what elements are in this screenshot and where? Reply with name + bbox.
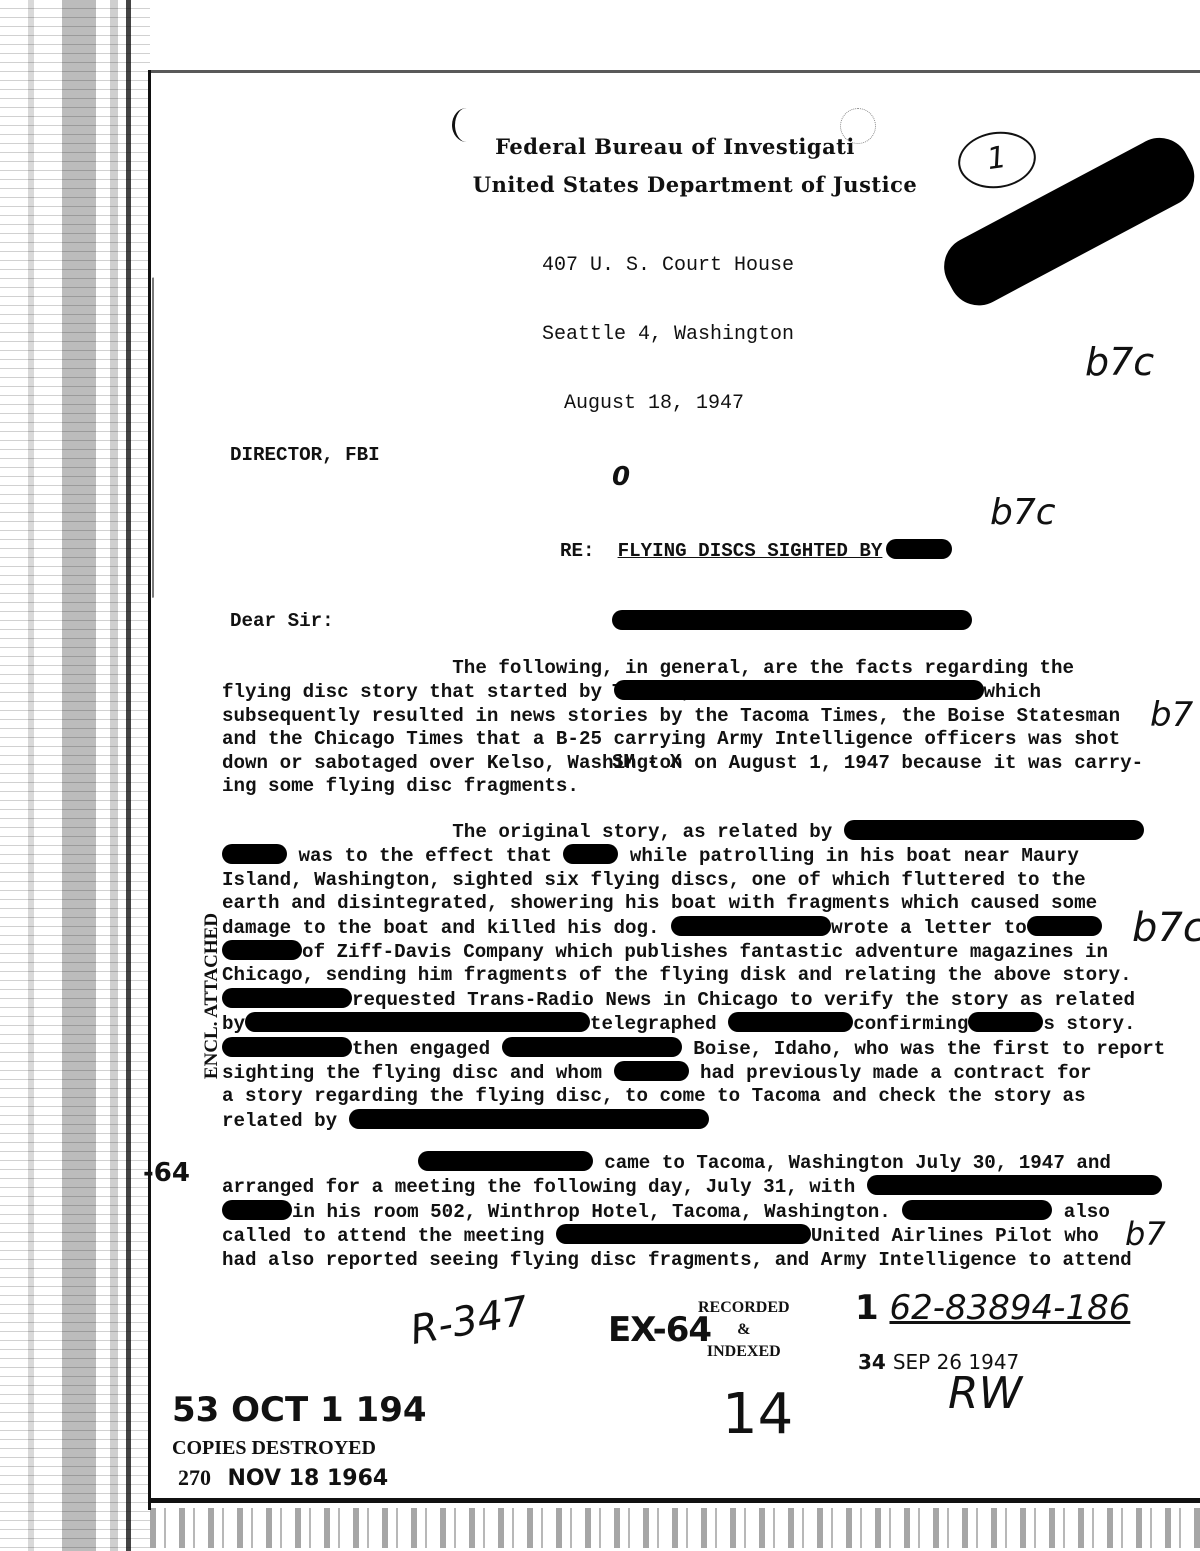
scan-edge-strip [0,0,150,1551]
redaction [222,1037,352,1057]
text-line: The following, in general, are the facts… [222,657,1143,680]
text-line: damage to the boat and killed his dog. w… [222,916,1165,940]
text-segment: earth and disintegrated, showering his b… [222,892,1097,914]
text-segment: ing some flying disc fragments. [222,775,579,797]
text-segment: in his room 502, Winthrop Hotel, Tacoma,… [292,1201,902,1223]
addressee: DIRECTOR, FBI [230,444,380,467]
text-segment: related by [222,1110,349,1132]
text-segment: wrote a letter to [831,917,1027,939]
text-segment: s story. [1043,1013,1135,1035]
text-line: The original story, as related by [222,820,1165,844]
exemption-b7c: b7 [1125,1215,1166,1253]
ex-stamp: EX-64 [608,1310,711,1350]
text-segment: had previously made a contract for [689,1062,1092,1084]
subject-line-1: FLYING DISCS SIGHTED BY [618,540,883,562]
redaction [502,1037,682,1057]
text-segment: had also reported seeing flying disc fra… [222,1249,1132,1271]
text-line: then engaged Boise, Idaho, who was the f… [222,1037,1165,1061]
text-segment: telegraphed [590,1013,728,1035]
redaction [222,988,352,1008]
text-segment: by [222,1013,245,1035]
redaction [886,539,952,559]
text-line: Chicago, sending him fragments of the fl… [222,964,1165,987]
text-line: and the Chicago Times that a B-25 carryi… [222,728,1143,751]
oct-stamp: 53 OCT 1 194 [172,1390,427,1430]
text-line: had also reported seeing flying disc fra… [222,1249,1162,1272]
exemption-b7c: b7c [990,492,1056,533]
text-segment: arranged for a meeting the following day… [222,1176,867,1198]
text-segment: came to Tacoma, Washington July 30, 1947… [593,1152,1111,1174]
redaction [612,610,972,630]
text-line: of Ziff-Davis Company which publishes fa… [222,940,1165,964]
handwritten-r347: R-347 [407,1288,532,1354]
text-segment: Chicago, sending him fragments of the fl… [222,964,1132,986]
redaction [222,844,287,864]
letterhead-bureau: Federal Bureau of Investigati [440,134,910,159]
redaction [867,1175,1162,1195]
paragraph-1: The following, in general, are the facts… [222,657,1143,798]
text-line: in his room 502, Winthrop Hotel, Tacoma,… [222,1200,1162,1224]
page-top-edge [150,70,1200,73]
redaction [563,844,618,864]
redaction [222,1200,292,1220]
recorded-stamp: RECORDED & INDEXED [698,1297,790,1363]
redaction [844,820,1144,840]
redaction [418,1151,593,1171]
text-line: ing some flying disc fragments. [222,775,1143,798]
text-segment: and the Chicago Times that a B-25 carryi… [222,728,1120,750]
text-segment: down or sabotaged over Kelso, Washington… [222,752,1143,774]
text-segment: damage to the boat and killed his dog. [222,917,671,939]
handwritten-initials: RW [948,1368,1022,1419]
scan-noise [150,1508,1200,1548]
exemption-b7c: b7c [1085,340,1154,384]
text-segment: of Ziff-Davis Company which publishes fa… [302,941,1108,963]
text-line: was to the effect that while patrolling … [222,844,1165,868]
text-line: sighting the flying disc and whom had pr… [222,1061,1165,1085]
handwritten-serial: 14 [722,1382,793,1447]
address-line: 407 U. S. Court House [542,254,794,277]
redaction [222,940,302,960]
salutation: Dear Sir: [230,610,334,633]
text-line: called to attend the meeting United Airl… [222,1224,1162,1248]
redaction [968,1012,1043,1032]
paragraph-2: The original story, as related by was to… [222,820,1165,1133]
text-segment: flying disc story that started by [222,681,614,703]
paragraph-3: came to Tacoma, Washington July 30, 1947… [222,1151,1162,1272]
file-number: 1 62-83894-186 [855,1288,1130,1328]
re-label: RE: [560,540,595,562]
ex-left-stamp: -64 [143,1158,190,1188]
redaction [556,1224,811,1244]
address-line: Seattle 4, Washington [542,323,794,346]
copies-destroyed-date: 270 NOV 18 1964 [178,1465,388,1491]
re-handwritten-mark: 0 [612,462,630,492]
text-segment: subsequently resulted in news stories by… [222,705,1120,727]
text-segment: sighting the flying disc and whom [222,1062,614,1084]
copies-destroyed-label: COPIES DESTROYED [172,1437,376,1460]
text-segment: The original story, as related by [222,821,844,843]
text-segment: while patrolling in his boat near Maury [618,845,1079,867]
text-segment: confirming [853,1013,968,1035]
text-line: arranged for a meeting the following day… [222,1175,1162,1199]
redaction [349,1109,709,1129]
exemption-b7c: b7 [1150,695,1193,735]
letter-date: August 18, 1947 [542,392,794,415]
text-line: bytelegraphed confirmings story. [222,1012,1165,1036]
text-segment: a story regarding the flying disc, to co… [222,1085,1086,1107]
text-segment: was to the effect that [287,845,563,867]
text-line: Island, Washington, sighted six flying d… [222,869,1165,892]
letterhead-department: United States Department of Justice [460,172,930,197]
redaction [614,680,984,700]
text-segment: then engaged [352,1038,502,1060]
letterhead-address: 407 U. S. Court House Seattle 4, Washing… [542,208,794,438]
circled-page-number: 1 [954,127,1039,193]
redaction [902,1200,1052,1220]
page-bottom-edge [150,1498,1200,1503]
redaction [1027,916,1102,936]
redaction [728,1012,853,1032]
text-segment: requested Trans-Radio News in Chicago to… [352,989,1135,1011]
text-segment: also [1052,1201,1110,1223]
text-line: came to Tacoma, Washington July 30, 1947… [222,1151,1162,1175]
text-line: requested Trans-Radio News in Chicago to… [222,988,1165,1012]
text-line: a story regarding the flying disc, to co… [222,1085,1165,1108]
redaction [614,1061,689,1081]
enclosure-stamp: ENCL. ATTACHED [201,896,223,1096]
text-line: earth and disintegrated, showering his b… [222,892,1165,915]
text-segment: United Airlines Pilot who [811,1225,1099,1247]
text-line: subsequently resulted in news stories by… [222,705,1143,728]
redaction [671,916,831,936]
text-line: flying disc story that started by which [222,680,1143,704]
text-segment [222,1152,418,1174]
text-segment: The following, in general, are the facts… [222,657,1074,679]
text-line: related by [222,1109,1165,1133]
text-segment: Boise, Idaho, who was the first to repor… [682,1038,1166,1060]
text-line: down or sabotaged over Kelso, Washington… [222,752,1143,775]
text-segment: which [984,681,1042,703]
text-segment: Island, Washington, sighted six flying d… [222,869,1086,891]
page-left-edge [148,70,151,1510]
redaction [245,1012,590,1032]
margin-handwriting [152,272,204,597]
text-segment: called to attend the meeting [222,1225,556,1247]
exemption-b7c: b7c [1132,905,1200,951]
